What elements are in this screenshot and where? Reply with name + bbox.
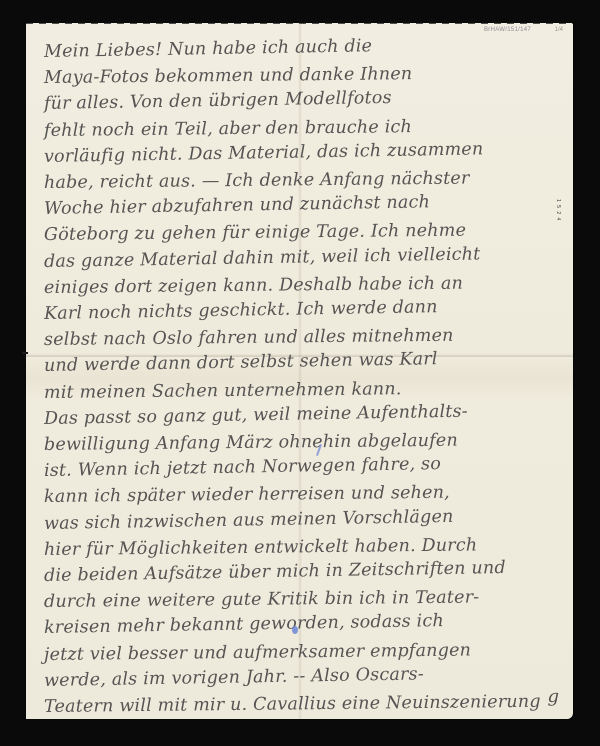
letter-text: Mein Liebes! Nun habe ich auch die Maya-… [44,39,564,720]
trailing-letter-fragment: g [547,686,559,707]
blue-ink-blot [292,626,298,634]
fold-edge-notch [22,352,28,354]
text-line: Teatern will mit mir u. Cavallius eine N… [44,689,564,721]
scanned-document: BrHAW/151/147 1/4 1 5 2 4 Mein Liebes! N… [0,0,600,746]
letter-page: BrHAW/151/147 1/4 1 5 2 4 Mein Liebes! N… [26,23,573,719]
